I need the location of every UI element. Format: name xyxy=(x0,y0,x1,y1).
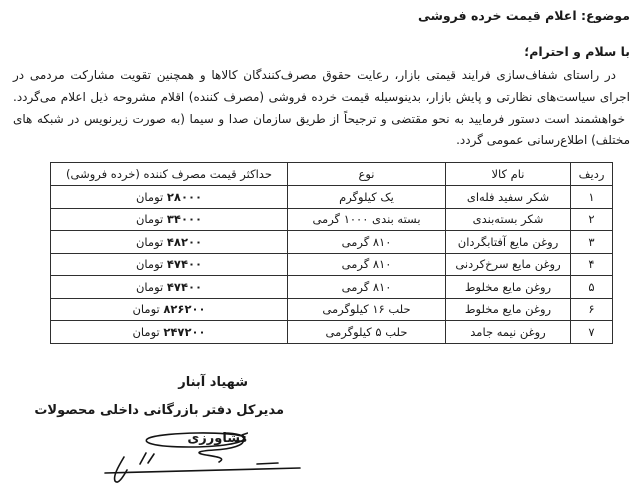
body-line-2: اجرای سیاست‌های نظارتی و پایش بازار، بدی… xyxy=(13,87,630,109)
cell-price: ۴۷۴۰۰ تومان xyxy=(51,276,288,299)
table-header-row: ردیف نام کالا نوع حداکثر قیمت مصرف کننده… xyxy=(51,163,613,186)
price-value: ۴۸۲۰۰ xyxy=(167,235,202,249)
price-unit: تومان xyxy=(132,302,159,316)
cell-price: ۲۸۰۰۰ تومان xyxy=(51,186,288,209)
cell-price: ۳۴۰۰۰ تومان xyxy=(51,208,288,231)
price-value: ۲۸۰۰۰ xyxy=(167,190,202,204)
cell-product-name: روغن مایع مخلوط xyxy=(446,276,571,299)
cell-price: ۴۸۲۰۰ تومان xyxy=(51,231,288,254)
cell-price: ۸۲۶۲۰۰ تومان xyxy=(51,298,288,321)
table-row: ۴روغن مایع سرخ‌کردنی۸۱۰ گرمی۴۷۴۰۰ تومان xyxy=(51,253,613,276)
price-unit: تومان xyxy=(136,190,163,204)
signer-role-line-1: مدیرکل دفتر بازرگانی داخلی محصولات xyxy=(34,403,284,418)
price-value: ۴۷۴۰۰ xyxy=(167,257,202,271)
price-unit: تومان xyxy=(136,280,163,294)
cell-price: ۲۴۷۲۰۰ تومان xyxy=(51,321,288,344)
cell-product-type: حلب ۵ کیلوگرمی xyxy=(288,321,446,344)
price-unit: تومان xyxy=(136,257,163,271)
header-max-consumer-price: حداکثر قیمت مصرف کننده (خرده فروشی) xyxy=(51,163,288,186)
table-row: ۲شکر بسته‌بندیبسته بندی ۱۰۰۰ گرمی۳۴۰۰۰ ت… xyxy=(51,208,613,231)
cell-product-type: ۸۱۰ گرمی xyxy=(288,253,446,276)
cell-product-name: شکر سفید فله‌ای xyxy=(446,186,571,209)
header-product-name: نام کالا xyxy=(446,163,571,186)
price-value: ۴۷۴۰۰ xyxy=(167,280,202,294)
signature-baseline xyxy=(105,468,300,473)
cell-product-name: روغن مایع مخلوط xyxy=(446,298,571,321)
handwritten-signature-mark xyxy=(93,427,311,491)
document-page: موضوع: اعلام قیمت خرده فروشی با سلام و ا… xyxy=(0,0,640,497)
cell-row-number: ۲ xyxy=(571,208,613,231)
cell-row-number: ۶ xyxy=(571,298,613,321)
cell-product-type: یک کیلوگرم xyxy=(288,186,446,209)
body-line-4: مختلف) اطلاع‌رسانی عمومی گردد. xyxy=(13,130,630,152)
cell-product-type: بسته بندی ۱۰۰۰ گرمی xyxy=(288,208,446,231)
price-unit: تومان xyxy=(136,212,163,226)
header-row-number: ردیف xyxy=(571,163,613,186)
signature-tick-1 xyxy=(140,453,146,464)
price-value: ۳۴۰۰۰ xyxy=(167,212,202,226)
price-value: ۸۲۶۲۰۰ xyxy=(163,302,205,316)
table-row: ۷روغن نیمه جامدحلب ۵ کیلوگرمی۲۴۷۲۰۰ توما… xyxy=(51,321,613,344)
price-unit: تومان xyxy=(132,325,159,339)
cell-product-name: روغن مایع سرخ‌کردنی xyxy=(446,253,571,276)
body-line-1: در راستای شفاف‌سازی فرایند قیمتی بازار، … xyxy=(13,65,630,87)
signature-tick-2 xyxy=(148,454,154,463)
cell-product-name: شکر بسته‌بندی xyxy=(446,208,571,231)
cell-row-number: ۱ xyxy=(571,186,613,209)
table-row: ۳روغن مایع آفتابگردان۸۱۰ گرمی۴۸۲۰۰ تومان xyxy=(51,231,613,254)
signature-left-hook xyxy=(115,457,127,482)
cell-product-name: روغن مایع آفتابگردان xyxy=(446,231,571,254)
price-table: ردیف نام کالا نوع حداکثر قیمت مصرف کننده… xyxy=(50,162,613,344)
cell-row-number: ۷ xyxy=(571,321,613,344)
body-line-3: خواهشمند است دستور فرمایید به نحو مقتضی … xyxy=(13,109,630,131)
cell-product-name: روغن نیمه جامد xyxy=(446,321,571,344)
cell-row-number: ۴ xyxy=(571,253,613,276)
price-unit: تومان xyxy=(136,235,163,249)
cell-row-number: ۳ xyxy=(571,231,613,254)
cell-product-type: حلب ۱۶ کیلوگرمی xyxy=(288,298,446,321)
cell-product-type: ۸۱۰ گرمی xyxy=(288,231,446,254)
signature-right-dash xyxy=(257,463,278,464)
document-subject: موضوع: اعلام قیمت خرده فروشی xyxy=(418,8,630,23)
price-table-body: ۱شکر سفید فله‌اییک کیلوگرم۲۸۰۰۰ تومان۲شک… xyxy=(51,186,613,344)
table-row: ۵روغن مایع مخلوط۸۱۰ گرمی۴۷۴۰۰ تومان xyxy=(51,276,613,299)
signature-loop xyxy=(146,433,245,447)
cell-row-number: ۵ xyxy=(571,276,613,299)
cell-product-type: ۸۱۰ گرمی xyxy=(288,276,446,299)
price-value: ۲۴۷۲۰۰ xyxy=(163,325,205,339)
signer-name: شهیاد آبنار xyxy=(178,375,248,390)
body-paragraph: در راستای شفاف‌سازی فرایند قیمتی بازار، … xyxy=(13,65,630,152)
table-row: ۶روغن مایع مخلوطحلب ۱۶ کیلوگرمی۸۲۶۲۰۰ تو… xyxy=(51,298,613,321)
header-product-type: نوع xyxy=(288,163,446,186)
cell-price: ۴۷۴۰۰ تومان xyxy=(51,253,288,276)
table-row: ۱شکر سفید فله‌اییک کیلوگرم۲۸۰۰۰ تومان xyxy=(51,186,613,209)
salutation: با سلام و احترام؛ xyxy=(524,44,630,59)
